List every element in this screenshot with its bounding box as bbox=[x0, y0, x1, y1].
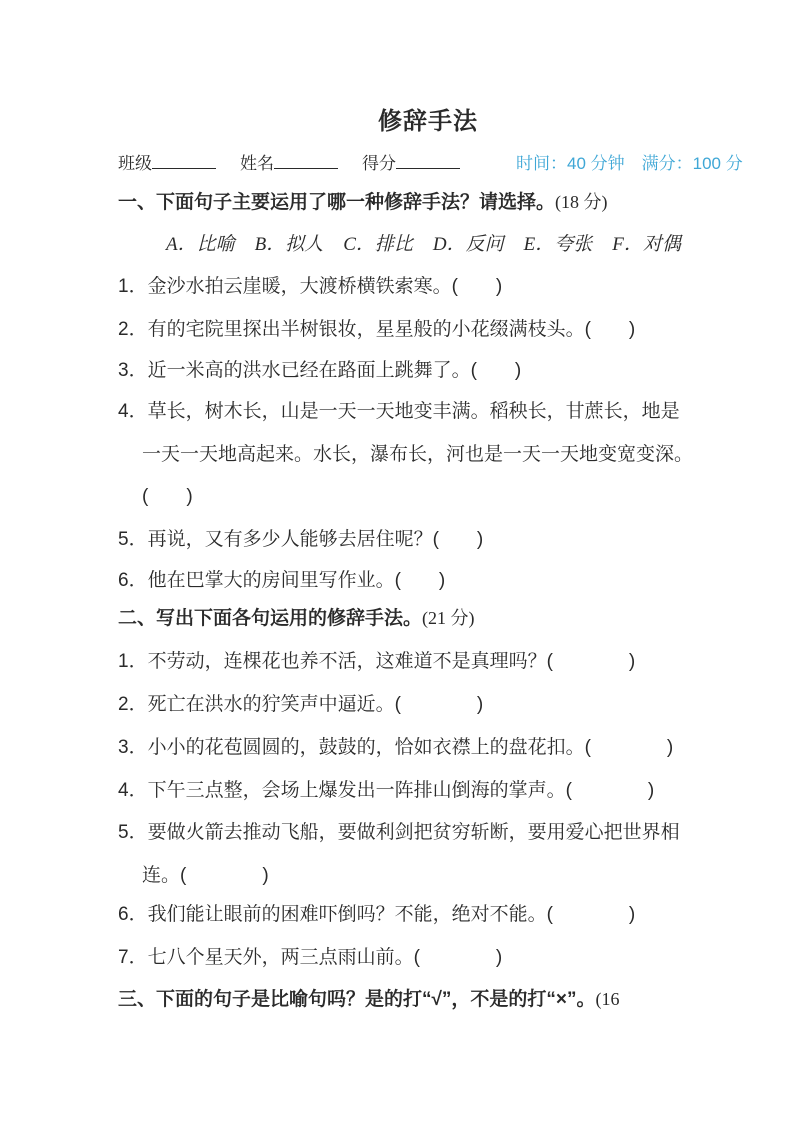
option-a: A．比喻 bbox=[166, 234, 235, 255]
options-row: A．比喻B．拟人C．排比D．反问E．夸张F．对偶 bbox=[166, 233, 681, 257]
section1-question-6: 6．他在巴掌大的房间里写作业。( ) bbox=[118, 569, 445, 593]
worksheet-page: 修辞手法 班级姓名得分时间：40 分钟 满分：100 分 一、下面句子主要运用了… bbox=[0, 0, 793, 1122]
section-1-heading: 一、下面句子主要运用了哪一种修辞手法？请选择。(18 分) bbox=[118, 191, 608, 215]
option-e: E．夸张 bbox=[524, 234, 593, 255]
section2-question-7: 7．七八个星天外，两三点雨山前。( ) bbox=[118, 946, 502, 970]
section-3-heading-text: 三、下面的句子是比喻句吗？是的打“√”，不是的打“×”。 bbox=[118, 989, 596, 1010]
section2-question-3: 3．小小的花苞圆圆的，鼓鼓的，恰如衣襟上的盘花扣。( ) bbox=[118, 736, 673, 760]
section1-question-5: 5．再说，又有多少人能够去居住呢？( ) bbox=[118, 528, 483, 552]
page-title: 修辞手法 bbox=[378, 101, 478, 136]
section-1-heading-text: 一、下面句子主要运用了哪一种修辞手法？请选择。 bbox=[118, 192, 555, 213]
score-label: 得分 bbox=[362, 154, 396, 173]
section1-question-1: 1．金沙水拍云崖暖，大渡桥横铁索寒。( ) bbox=[118, 275, 502, 299]
student-info-row: 班级姓名得分时间：40 分钟 满分：100 分 bbox=[118, 149, 743, 174]
class-label: 班级 bbox=[118, 154, 152, 173]
section1-question-4-line2: 一天一天地高起来。水长，瀑布长，河也是一天一天地变宽变深。 bbox=[142, 443, 693, 467]
section2-question-1: 1．不劳动，连棵花也养不活，这难道不是真理吗？( ) bbox=[118, 650, 635, 674]
section-2-heading: 二、写出下面各句运用的修辞手法。(21 分) bbox=[118, 607, 475, 631]
name-label: 姓名 bbox=[240, 154, 274, 173]
section2-question-5-line1: 5．要做火箭去推动飞船，要做利剑把贫穷斩断，要用爱心把世界相 bbox=[118, 821, 680, 845]
section-1-points: (18 分) bbox=[555, 192, 608, 212]
class-blank bbox=[152, 152, 216, 169]
section2-question-4: 4．下午三点整，会场上爆发出一阵排山倒海的掌声。( ) bbox=[118, 779, 654, 803]
section2-question-5-line2: 连。( ) bbox=[142, 864, 269, 888]
option-f: F．对偶 bbox=[612, 234, 681, 255]
section-3-heading: 三、下面的句子是比喻句吗？是的打“√”，不是的打“×”。(16 bbox=[118, 988, 620, 1012]
section1-question-4-answer-blank: ( ) bbox=[142, 485, 193, 509]
time-score-info: 时间：40 分钟 满分：100 分 bbox=[516, 154, 743, 173]
score-blank bbox=[396, 152, 460, 169]
section-3-points: (16 bbox=[596, 989, 620, 1009]
section1-question-4-line1: 4．草长，树木长，山是一天一天地变丰满。稻秧长，甘蔗长，地是 bbox=[118, 400, 680, 424]
section-2-points: (21 分) bbox=[422, 608, 475, 628]
section-2-heading-text: 二、写出下面各句运用的修辞手法。 bbox=[118, 608, 422, 629]
section1-question-3: 3．近一米高的洪水已经在路面上跳舞了。( ) bbox=[118, 359, 521, 383]
name-blank bbox=[274, 152, 338, 169]
option-b: B．拟人 bbox=[255, 234, 324, 255]
option-c: C．排比 bbox=[343, 234, 413, 255]
section2-question-6: 6．我们能让眼前的困难吓倒吗？不能，绝对不能。( ) bbox=[118, 903, 635, 927]
section2-question-2: 2．死亡在洪水的狞笑声中逼近。( ) bbox=[118, 693, 483, 717]
section1-question-2: 2．有的宅院里探出半树银妆，星星般的小花缀满枝头。( ) bbox=[118, 318, 635, 342]
option-d: D．反问 bbox=[433, 234, 504, 255]
